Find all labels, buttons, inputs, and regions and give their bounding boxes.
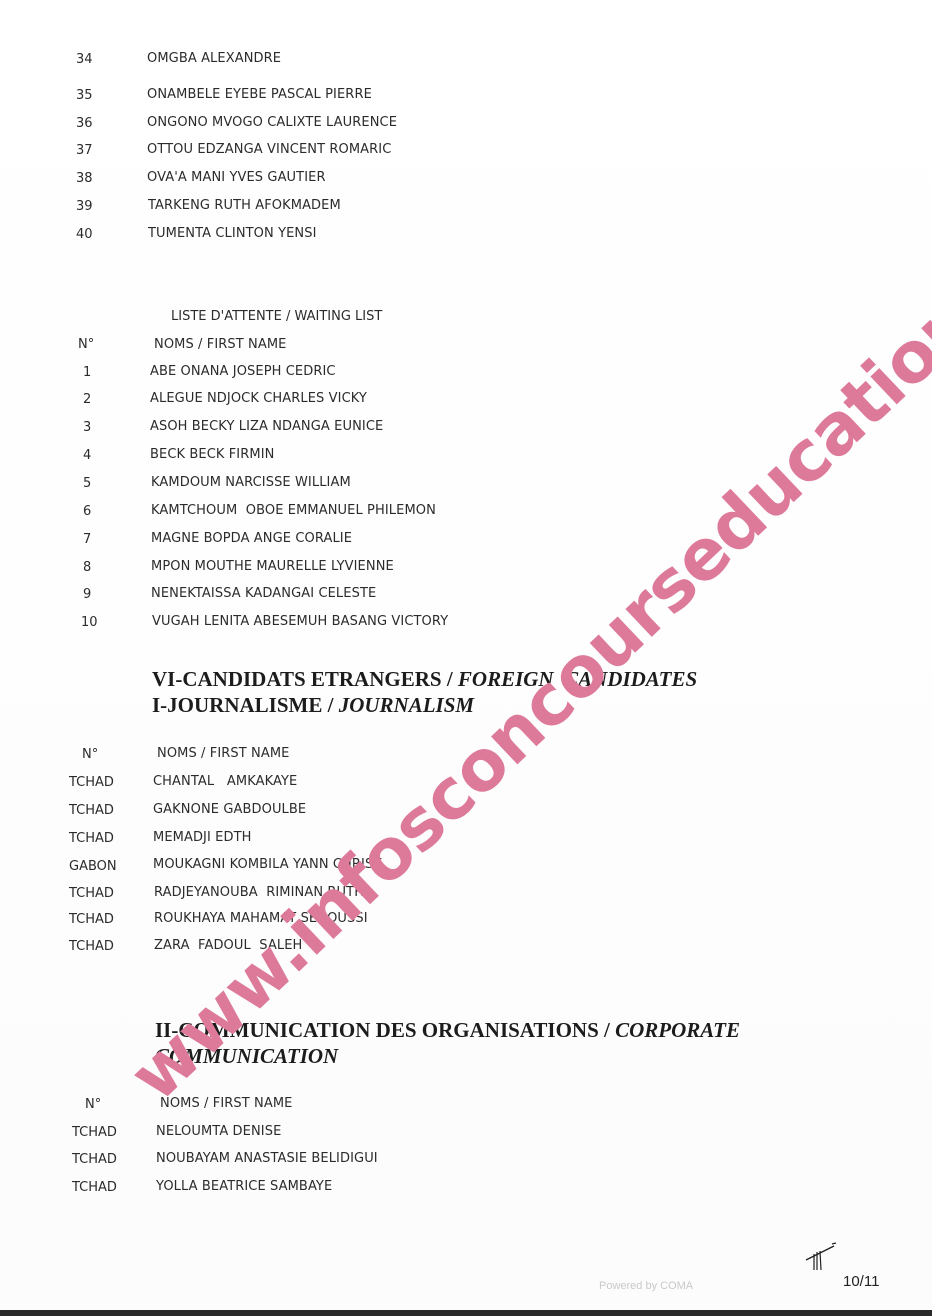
row-name: MAGNE BOPDA ANGE CORALIE — [151, 531, 352, 546]
column-header-name: NOMS / FIRST NAME — [157, 746, 290, 761]
row-name: TUMENTA CLINTON YENSI — [148, 226, 317, 241]
heading-fr: VI-CANDIDATS ETRANGERS / — [152, 667, 458, 691]
row-number: 36 — [76, 116, 93, 131]
row-number: 40 — [76, 227, 93, 242]
row-name: ABE ONANA JOSEPH CEDRIC — [150, 364, 336, 379]
heading-en: COMMUNICATION — [155, 1044, 338, 1068]
row-name: OTTOU EDZANGA VINCENT ROMARIC — [147, 142, 391, 157]
heading-en: FOREIGN CANDIDATES — [458, 667, 697, 691]
row-number: 8 — [83, 560, 91, 575]
scan-edge — [0, 1310, 932, 1316]
column-header-number: N° — [82, 747, 98, 762]
row-name: KAMDOUM NARCISSE WILLIAM — [151, 475, 351, 490]
row-number: 10 — [81, 615, 98, 630]
row-number: 38 — [76, 171, 93, 186]
row-number: 7 — [83, 532, 91, 547]
row-number: 6 — [83, 504, 91, 519]
row-number: 5 — [83, 476, 91, 491]
row-name: NOUBAYAM ANASTASIE BELIDIGUI — [156, 1151, 378, 1166]
waiting-list-title: LISTE D'ATTENTE / WAITING LIST — [171, 309, 382, 324]
row-name: ALEGUE NDJOCK CHARLES VICKY — [150, 391, 367, 406]
row-name: ONAMBELE EYEBE PASCAL PIERRE — [147, 87, 372, 102]
row-name: OVA'A MANI YVES GAUTIER — [147, 170, 326, 185]
row-name: MPON MOUTHE MAURELLE LYVIENNE — [151, 559, 394, 574]
row-country: TCHAD — [69, 912, 114, 927]
document-page: 34 OMGBA ALEXANDRE 35 ONAMBELE EYEBE PAS… — [0, 0, 932, 1316]
row-name: MOUKAGNI KOMBILA YANN CHRIST — [153, 857, 381, 872]
row-name: RADJEYANOUBA RIMINAN RUTH — [154, 885, 364, 900]
row-name: ZARA FADOUL SALEH — [154, 938, 302, 953]
signature-icon — [804, 1240, 838, 1274]
row-number: 3 — [83, 420, 91, 435]
heading-fr: II-COMMUNICATION DES ORGANISATIONS / — [155, 1018, 615, 1042]
row-country: TCHAD — [72, 1152, 117, 1167]
row-country: TCHAD — [69, 803, 114, 818]
row-number: 9 — [83, 587, 91, 602]
section-heading-journalism: I-JOURNALISME / JOURNALISM — [152, 692, 474, 718]
row-number: 35 — [76, 88, 93, 103]
section-heading-foreign: VI-CANDIDATS ETRANGERS / FOREIGN CANDIDA… — [152, 666, 697, 692]
row-name: GAKNONE GABDOULBE — [153, 802, 306, 817]
row-name: NENEKTAISSA KADANGAI CELESTE — [151, 586, 376, 601]
row-name: ONGONO MVOGO CALIXTE LAURENCE — [147, 115, 397, 130]
column-header-name: NOMS / FIRST NAME — [154, 337, 287, 352]
row-name: ASOH BECKY LIZA NDANGA EUNICE — [150, 419, 383, 434]
row-country: TCHAD — [72, 1125, 117, 1140]
row-name: MEMADJI EDTH — [153, 830, 252, 845]
row-number: 39 — [76, 199, 93, 214]
row-number: 4 — [83, 448, 91, 463]
heading-en: CORPORATE — [615, 1018, 740, 1042]
heading-fr: I-JOURNALISME / — [152, 693, 339, 717]
row-country: TCHAD — [69, 886, 114, 901]
row-number: 1 — [83, 365, 91, 380]
column-header-name: NOMS / FIRST NAME — [160, 1096, 293, 1111]
column-header-number: N° — [78, 337, 94, 352]
row-country: GABON — [69, 859, 117, 874]
section-heading-corporate-line2: COMMUNICATION — [155, 1043, 338, 1069]
row-name: KAMTCHOUM OBOE EMMANUEL PHILEMON — [151, 503, 436, 518]
row-name: CHANTAL AMKAKAYE — [153, 774, 297, 789]
row-name: YOLLA BEATRICE SAMBAYE — [156, 1179, 332, 1194]
row-country: TCHAD — [69, 939, 114, 954]
row-name: BECK BECK FIRMIN — [150, 447, 274, 462]
row-number: 2 — [83, 392, 91, 407]
row-name: ROUKHAYA MAHAMAT SENOUSSI — [154, 911, 368, 926]
page-number: 10/11 — [843, 1273, 879, 1290]
heading-en: JOURNALISM — [339, 693, 474, 717]
row-number: 37 — [76, 143, 93, 158]
row-name: OMGBA ALEXANDRE — [147, 51, 281, 66]
row-country: TCHAD — [69, 831, 114, 846]
row-country: TCHAD — [72, 1180, 117, 1195]
section-heading-corporate: II-COMMUNICATION DES ORGANISATIONS / COR… — [155, 1017, 740, 1043]
row-name: VUGAH LENITA ABESEMUH BASANG VICTORY — [152, 614, 448, 629]
row-name: TARKENG RUTH AFOKMADEM — [148, 198, 341, 213]
column-header-number: N° — [85, 1097, 101, 1112]
row-number: 34 — [76, 52, 93, 67]
powered-by-text: Powered by COMA — [599, 1280, 693, 1292]
row-country: TCHAD — [69, 775, 114, 790]
row-name: NELOUMTA DENISE — [156, 1124, 281, 1139]
